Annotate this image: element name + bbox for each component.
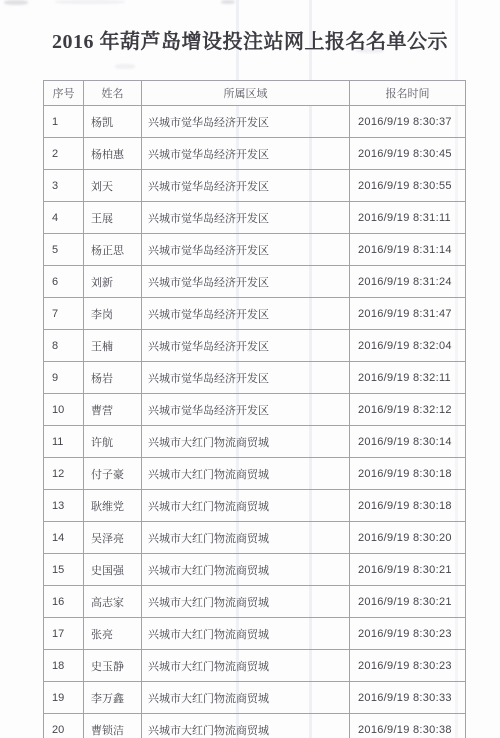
name-cell: 吴泽亮 [84, 522, 142, 554]
name-cell: 高志家 [84, 586, 142, 618]
row-number-cell: 16 [44, 586, 84, 618]
row-number-cell: 5 [44, 234, 84, 266]
row-number-cell: 17 [44, 618, 84, 650]
region-cell: 兴城市觉华岛经济开发区 [142, 266, 350, 298]
table-row: 1杨凯兴城市觉华岛经济开发区2016/9/19 8:30:37 [44, 106, 466, 138]
row-number-cell: 7 [44, 298, 84, 330]
scan-smudge [4, 0, 28, 5]
table-header-row: 序号姓名所属区域报名时间 [44, 81, 466, 106]
time-cell: 2016/9/19 8:30:38 [350, 714, 466, 738]
row-number-cell: 14 [44, 522, 84, 554]
table-row: 15史国强兴城市大红门物流商贸城2016/9/19 8:30:21 [44, 554, 466, 586]
scan-smudge [221, 0, 235, 4]
name-cell: 杨凯 [84, 106, 142, 138]
row-number-cell: 11 [44, 426, 84, 458]
row-number-cell: 12 [44, 458, 84, 490]
row-number-cell: 4 [44, 202, 84, 234]
time-cell: 2016/9/19 8:30:21 [350, 586, 466, 618]
name-cell: 付子豪 [84, 458, 142, 490]
region-cell: 兴城市觉华岛经济开发区 [142, 394, 350, 426]
time-cell: 2016/9/19 8:30:21 [350, 554, 466, 586]
row-number-cell: 19 [44, 682, 84, 714]
row-number-cell: 2 [44, 138, 84, 170]
region-cell: 兴城市大红门物流商贸城 [142, 714, 350, 738]
region-cell: 兴城市大红门物流商贸城 [142, 426, 350, 458]
table-row: 7李岗兴城市觉华岛经济开发区2016/9/19 8:31:47 [44, 298, 466, 330]
region-cell: 兴城市大红门物流商贸城 [142, 522, 350, 554]
time-cell: 2016/9/19 8:31:14 [350, 234, 466, 266]
row-number-cell: 1 [44, 106, 84, 138]
name-cell: 刘新 [84, 266, 142, 298]
scan-smudge [55, 0, 125, 4]
time-cell: 2016/9/19 8:32:04 [350, 330, 466, 362]
table-row: 5杨正思兴城市觉华岛经济开发区2016/9/19 8:31:14 [44, 234, 466, 266]
region-cell: 兴城市大红门物流商贸城 [142, 586, 350, 618]
table-row: 2杨柏惠兴城市觉华岛经济开发区2016/9/19 8:30:45 [44, 138, 466, 170]
region-cell: 兴城市觉华岛经济开发区 [142, 202, 350, 234]
name-cell: 史国强 [84, 554, 142, 586]
name-cell: 杨岩 [84, 362, 142, 394]
region-cell: 兴城市觉华岛经济开发区 [142, 330, 350, 362]
name-cell: 曹锁洁 [84, 714, 142, 738]
table-row: 19李万鑫兴城市大红门物流商贸城2016/9/19 8:30:33 [44, 682, 466, 714]
time-cell: 2016/9/19 8:30:55 [350, 170, 466, 202]
table-row: 11许航兴城市大红门物流商贸城2016/9/19 8:30:14 [44, 426, 466, 458]
column-header: 报名时间 [350, 81, 466, 106]
table-row: 20曹锁洁兴城市大红门物流商贸城2016/9/19 8:30:38 [44, 714, 466, 738]
region-cell: 兴城市觉华岛经济开发区 [142, 138, 350, 170]
region-cell: 兴城市大红门物流商贸城 [142, 650, 350, 682]
row-number-cell: 9 [44, 362, 84, 394]
region-cell: 兴城市觉华岛经济开发区 [142, 298, 350, 330]
table-row: 12付子豪兴城市大红门物流商贸城2016/9/19 8:30:18 [44, 458, 466, 490]
row-number-cell: 18 [44, 650, 84, 682]
name-cell: 杨柏惠 [84, 138, 142, 170]
region-cell: 兴城市觉华岛经济开发区 [142, 362, 350, 394]
region-cell: 兴城市觉华岛经济开发区 [142, 170, 350, 202]
name-cell: 耿维党 [84, 490, 142, 522]
scan-smudge [115, 64, 135, 69]
region-cell: 兴城市大红门物流商贸城 [142, 682, 350, 714]
region-cell: 兴城市大红门物流商贸城 [142, 554, 350, 586]
region-cell: 兴城市觉华岛经济开发区 [142, 106, 350, 138]
name-cell: 张亮 [84, 618, 142, 650]
column-header: 序号 [44, 81, 84, 106]
name-cell: 刘天 [84, 170, 142, 202]
table-row: 13耿维党兴城市大红门物流商贸城2016/9/19 8:30:18 [44, 490, 466, 522]
region-cell: 兴城市大红门物流商贸城 [142, 618, 350, 650]
row-number-cell: 6 [44, 266, 84, 298]
time-cell: 2016/9/19 8:30:23 [350, 618, 466, 650]
row-number-cell: 13 [44, 490, 84, 522]
table-row: 10曹营兴城市觉华岛经济开发区2016/9/19 8:32:12 [44, 394, 466, 426]
table-row: 4王展兴城市觉华岛经济开发区2016/9/19 8:31:11 [44, 202, 466, 234]
table-row: 14吴泽亮兴城市大红门物流商贸城2016/9/19 8:30:20 [44, 522, 466, 554]
name-cell: 曹营 [84, 394, 142, 426]
table-row: 8王楠兴城市觉华岛经济开发区2016/9/19 8:32:04 [44, 330, 466, 362]
name-cell: 史玉静 [84, 650, 142, 682]
table-row: 17张亮兴城市大红门物流商贸城2016/9/19 8:30:23 [44, 618, 466, 650]
scanned-page: 2016 年葫芦岛增设投注站网上报名名单公示 序号姓名所属区域报名时间 1杨凯兴… [0, 0, 500, 738]
time-cell: 2016/9/19 8:30:14 [350, 426, 466, 458]
row-number-cell: 20 [44, 714, 84, 738]
time-cell: 2016/9/19 8:31:24 [350, 266, 466, 298]
time-cell: 2016/9/19 8:30:20 [350, 522, 466, 554]
time-cell: 2016/9/19 8:32:11 [350, 362, 466, 394]
name-cell: 李岗 [84, 298, 142, 330]
time-cell: 2016/9/19 8:30:33 [350, 682, 466, 714]
row-number-cell: 3 [44, 170, 84, 202]
page-title: 2016 年葫芦岛增设投注站网上报名名单公示 [0, 25, 500, 54]
region-cell: 兴城市大红门物流商贸城 [142, 490, 350, 522]
table-row: 6刘新兴城市觉华岛经济开发区2016/9/19 8:31:24 [44, 266, 466, 298]
time-cell: 2016/9/19 8:30:23 [350, 650, 466, 682]
time-cell: 2016/9/19 8:32:12 [350, 394, 466, 426]
row-number-cell: 8 [44, 330, 84, 362]
row-number-cell: 15 [44, 554, 84, 586]
region-cell: 兴城市觉华岛经济开发区 [142, 234, 350, 266]
table-body: 1杨凯兴城市觉华岛经济开发区2016/9/19 8:30:372杨柏惠兴城市觉华… [44, 106, 466, 738]
region-cell: 兴城市大红门物流商贸城 [142, 458, 350, 490]
name-cell: 王展 [84, 202, 142, 234]
name-cell: 王楠 [84, 330, 142, 362]
time-cell: 2016/9/19 8:31:11 [350, 202, 466, 234]
registration-table: 序号姓名所属区域报名时间 1杨凯兴城市觉华岛经济开发区2016/9/19 8:3… [43, 80, 466, 738]
column-header: 姓名 [84, 81, 142, 106]
row-number-cell: 10 [44, 394, 84, 426]
table-row: 18史玉静兴城市大红门物流商贸城2016/9/19 8:30:23 [44, 650, 466, 682]
time-cell: 2016/9/19 8:30:18 [350, 458, 466, 490]
name-cell: 许航 [84, 426, 142, 458]
time-cell: 2016/9/19 8:31:47 [350, 298, 466, 330]
table-row: 16高志家兴城市大红门物流商贸城2016/9/19 8:30:21 [44, 586, 466, 618]
column-header: 所属区域 [142, 81, 350, 106]
time-cell: 2016/9/19 8:30:37 [350, 106, 466, 138]
name-cell: 李万鑫 [84, 682, 142, 714]
table-row: 9杨岩兴城市觉华岛经济开发区2016/9/19 8:32:11 [44, 362, 466, 394]
time-cell: 2016/9/19 8:30:45 [350, 138, 466, 170]
name-cell: 杨正思 [84, 234, 142, 266]
table-row: 3刘天兴城市觉华岛经济开发区2016/9/19 8:30:55 [44, 170, 466, 202]
time-cell: 2016/9/19 8:30:18 [350, 490, 466, 522]
